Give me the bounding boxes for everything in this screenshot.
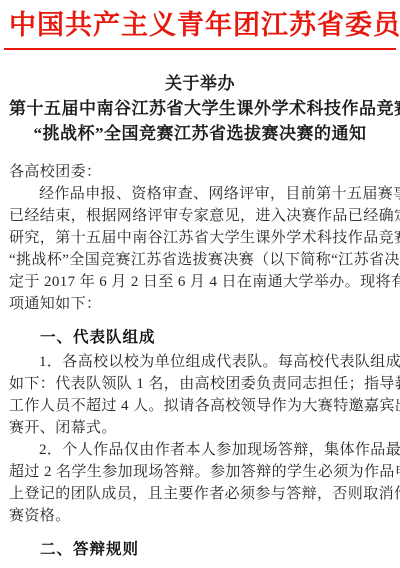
intro-line: 经作品申报、资格审查、网络评审，目前第十五届赛事初赛 [9, 183, 391, 205]
intro-line: “挑战杯”全国竞赛江苏省选拔赛决赛（以下简称“江苏省决赛”） [9, 249, 391, 271]
section1-item2: 2．个人作品仅由作者本人参加现场答辩，集体作品最多不 超过 2 名学生参加现场答… [9, 439, 391, 527]
body-line: 赛资格。 [9, 505, 391, 527]
red-divider-line [4, 48, 396, 50]
document-page: 中国共产主义青年团江苏省委员会 关于举办 第十五届中南谷江苏省大学生课外学术科技… [0, 0, 400, 568]
letterhead: 中国共产主义青年团江苏省委员会 [9, 8, 391, 50]
body-line: 上登记的团队成员，且主要作者必须参与答辩，否则取消作品比 [9, 483, 391, 505]
salutation: 各高校团委： [9, 161, 391, 183]
document-title-line-2: 第十五届中南谷江苏省大学生课外学术科技作品竞赛暨 [9, 96, 391, 121]
body-line: 工作人员不超过 4 人。拟请各高校领导作为大赛特邀嘉宾出席大 [9, 395, 391, 417]
issuing-org-title: 中国共产主义青年团江苏省委员会 [9, 8, 391, 42]
document-title-line-1: 关于举办 [9, 71, 391, 96]
body-line: 1．各高校以校为单位组成代表队。每高校代表队组成人员 [9, 351, 391, 373]
body-line: 2．个人作品仅由作者本人参加现场答辩，集体作品最多不 [9, 439, 391, 461]
section1-item1: 1．各高校以校为单位组成代表队。每高校代表队组成人员 如下：代表队领队 1 名，… [9, 351, 391, 439]
body-line: 如下：代表队领队 1 名，由高校团委负责同志担任；指导教师及 [9, 373, 391, 395]
intro-line: 已经结束，根据网络评审专家意见，进入决赛作品已经确定。经 [9, 205, 391, 227]
intro-line: 定于 2017 年 6 月 2 日至 6 月 4 日在南通大学举办。现将有关事 [9, 271, 391, 293]
intro-paragraph: 经作品申报、资格审查、网络评审，目前第十五届赛事初赛 已经结束，根据网络评审专家… [9, 183, 391, 315]
section-heading-1: 一、代表队组成 [9, 326, 391, 350]
document-body: 各高校团委： 经作品申报、资格审查、网络评审，目前第十五届赛事初赛 已经结束，根… [9, 161, 391, 562]
section-heading-2: 二、答辩规则 [9, 538, 391, 562]
body-line: 赛开、闭幕式。 [9, 417, 391, 439]
body-line: 超过 2 名学生参加现场答辩。参加答辩的学生必须为作品申报书 [9, 461, 391, 483]
document-title: 关于举办 第十五届中南谷江苏省大学生课外学术科技作品竞赛暨 “挑战杯”全国竞赛江… [9, 71, 391, 146]
intro-line: 项通知如下： [9, 293, 391, 315]
intro-line: 研究，第十五届中南谷江苏省大学生课外学术科技作品竞赛暨 [9, 227, 391, 249]
document-title-line-3: “挑战杯”全国竞赛江苏省选拔赛决赛的通知 [9, 121, 391, 146]
